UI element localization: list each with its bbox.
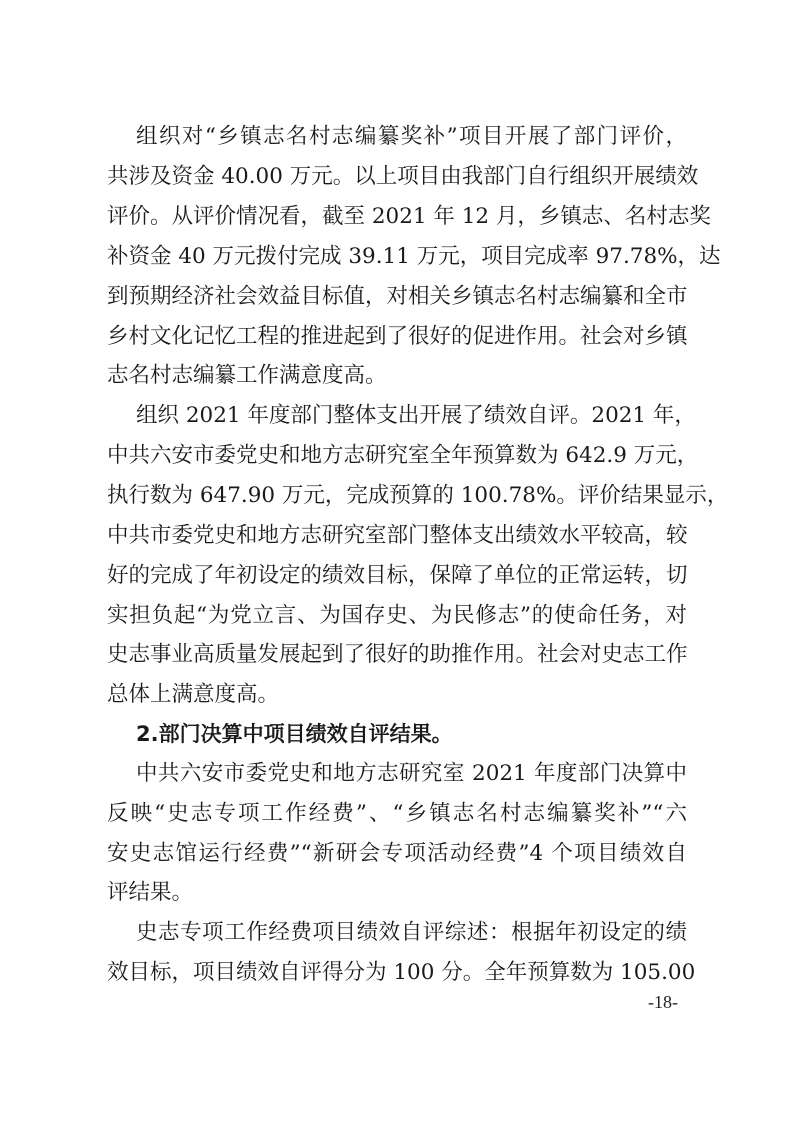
paragraph-1-line-6: 乡村文化记忆工程的推进起到了很好的促进作用。社会对乡镇: [107, 322, 687, 352]
paragraph-4-line-1: 史志专项工作经费项目绩效自评综述：根据年初设定的绩: [136, 918, 687, 948]
paragraph-3-line-4: 评结果。: [107, 878, 687, 908]
paragraph-3-line-1: 中共六安市委党史和地方志研究室 2021 年度部门决算中: [136, 759, 687, 789]
paragraph-2-line-1: 组织 2021 年度部门整体支出开展了绩效自评。2021 年，: [136, 401, 687, 431]
document-page: 组织对“乡镇志名村志编纂奖补”项目开展了部门评价， 共涉及资金 40.00 万元…: [0, 0, 793, 1122]
paragraph-2-line-4: 中共市委党史和地方志研究室部门整体支出绩效水平较高，较: [107, 521, 687, 551]
paragraph-2-line-5: 好的完成了年初设定的绩效目标，保障了单位的正常运转，切: [107, 561, 687, 591]
paragraph-3-line-3: 安史志馆运行经费”“新研会专项活动经费”4 个项目绩效自: [107, 839, 687, 869]
paragraph-1-line-2: 共涉及资金 40.00 万元。以上项目由我部门自行组织开展绩效: [107, 162, 687, 192]
paragraph-1-line-3: 评价。从评价情况看，截至 2021 年 12 月，乡镇志、名村志奖: [107, 202, 687, 232]
paragraph-1-line-4: 补资金 40 万元拨付完成 39.11 万元，项目完成率 97.78%，达: [107, 242, 687, 272]
paragraph-1-line-1: 组织对“乡镇志名村志编纂奖补”项目开展了部门评价，: [136, 122, 687, 152]
paragraph-2-line-6: 实担负起“为党立言、为国存史、为民修志”的使命任务，对: [107, 601, 687, 631]
paragraph-2-line-7: 史志事业高质量发展起到了很好的助推作用。社会对史志工作: [107, 640, 687, 670]
paragraph-4-line-2: 效目标，项目绩效自评得分为 100 分。全年预算数为 105.00: [107, 958, 687, 988]
section-heading: 2.部门决算中项目绩效自评结果。: [136, 719, 687, 749]
paragraph-2-line-3: 执行数为 647.90 万元，完成预算的 100.78%。评价结果显示，: [107, 481, 687, 511]
paragraph-1-line-7: 志名村志编纂工作满意度高。: [107, 361, 687, 391]
paragraph-3-line-2: 反映“史志专项工作经费”、“乡镇志名村志编纂奖补”“六: [107, 799, 687, 829]
paragraph-2-line-8: 总体上满意度高。: [107, 680, 687, 710]
paragraph-1-line-5: 到预期经济社会效益目标值，对相关乡镇志名村志编纂和全市: [107, 282, 687, 312]
paragraph-2-line-2: 中共六安市委党史和地方志研究室全年预算数为 642.9 万元，: [107, 441, 687, 471]
page-number: -18-: [648, 992, 678, 1013]
